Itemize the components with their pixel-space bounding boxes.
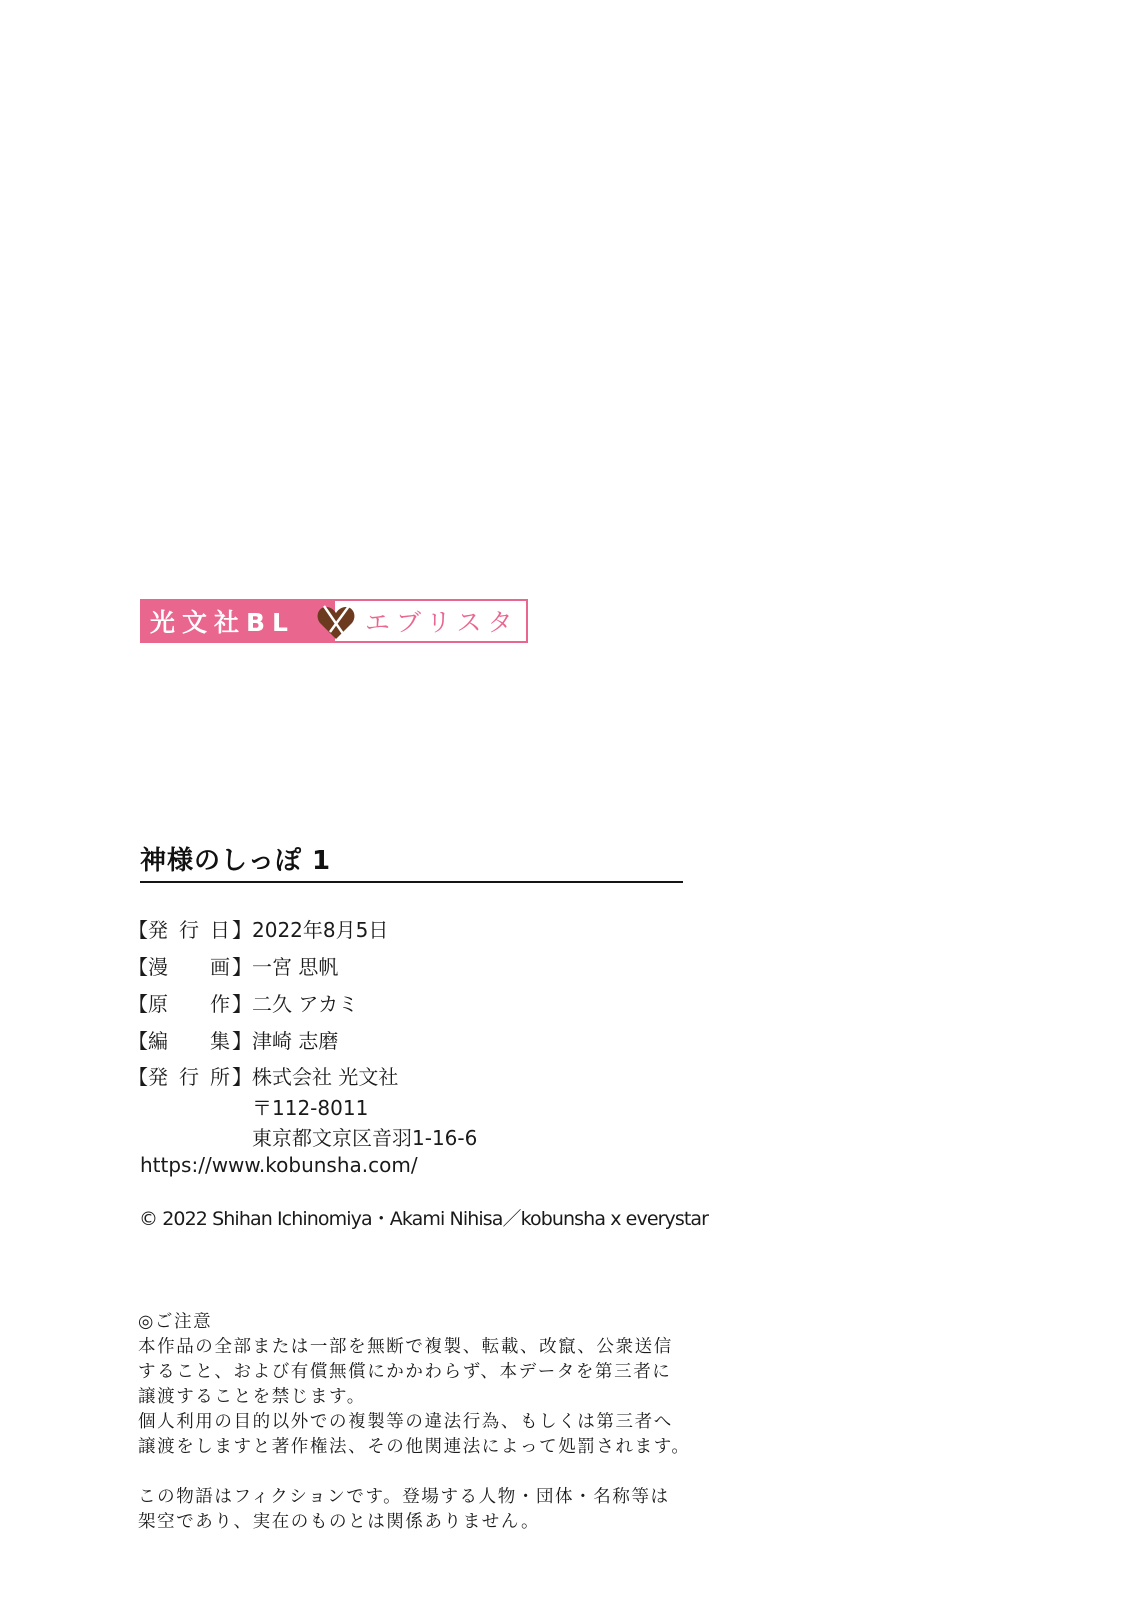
fiction-disclaimer-line: この物語はフィクションです。登場する人物・団体・名称等は: [138, 1485, 691, 1510]
logo-kobunsha-bl: 光文社BL: [142, 601, 335, 641]
colophon-row-original-author: 【原作】 二久 アカミ: [128, 988, 358, 1016]
editor-value: 津崎 志磨: [252, 1025, 338, 1054]
colophon-label: 【発行所】: [128, 1061, 252, 1090]
colophon-row-publish-date: 【発行日】 2022年8月5日: [128, 914, 388, 942]
colophon-row-artist: 【漫画】 一宮 思帆: [128, 951, 338, 979]
colophon-label: 【編集】: [128, 1025, 252, 1054]
colophon-label: 【原作】: [128, 988, 252, 1017]
colophon-row-editor: 【編集】 津崎 志磨: [128, 1025, 338, 1053]
publisher-logo: 光文社BL エブリスタ: [140, 599, 528, 643]
notice-line: 譲渡することを禁じます。: [138, 1385, 691, 1410]
fiction-disclaimer-line: 架空であり、実在のものとは関係ありません。: [138, 1510, 691, 1535]
legal-notice: ◎ご注意 本作品の全部または一部を無断で複製、転載、改竄、公衆送信 すること、お…: [138, 1310, 691, 1535]
notice-line: 本作品の全部または一部を無断で複製、転載、改竄、公衆送信: [138, 1335, 691, 1360]
paragraph-gap: [138, 1460, 691, 1485]
notice-line: 譲渡をしますと著作権法、その他関連法によって処罰されます。: [138, 1435, 691, 1460]
original-author-value: 二久 アカミ: [252, 988, 358, 1017]
logo-everystar: エブリスタ: [335, 601, 526, 641]
postal-code: 〒112-8011: [252, 1092, 368, 1121]
heart-with-cross-icon: [316, 602, 356, 642]
artist-value: 一宮 思帆: [252, 951, 338, 980]
colophon-label: 【漫画】: [128, 951, 252, 980]
colophon-row-publisher: 【発行所】 株式会社 光文社: [128, 1061, 398, 1089]
notice-line: 個人利用の目的以外での複製等の違法行為、もしくは第三者へ: [138, 1410, 691, 1435]
colophon-label: 【発行日】: [128, 914, 252, 943]
publisher-url-link[interactable]: https://www.kobunsha.com/: [140, 1153, 418, 1177]
publish-date-value: 2022年8月5日: [252, 914, 388, 943]
publisher-address: 東京都文京区音羽1-16-6: [252, 1122, 477, 1151]
publisher-value: 株式会社 光文社: [252, 1061, 398, 1090]
book-title: 神様のしっぽ 1: [140, 840, 331, 877]
notice-line: すること、および有償無償にかかわらず、本データを第三者に: [138, 1360, 691, 1385]
notice-heading: ◎ご注意: [138, 1310, 691, 1335]
copyright-notice: © 2022 Shihan Ichinomiya・Akami Nihisa／ko…: [139, 1204, 708, 1231]
title-underline: [140, 881, 683, 883]
